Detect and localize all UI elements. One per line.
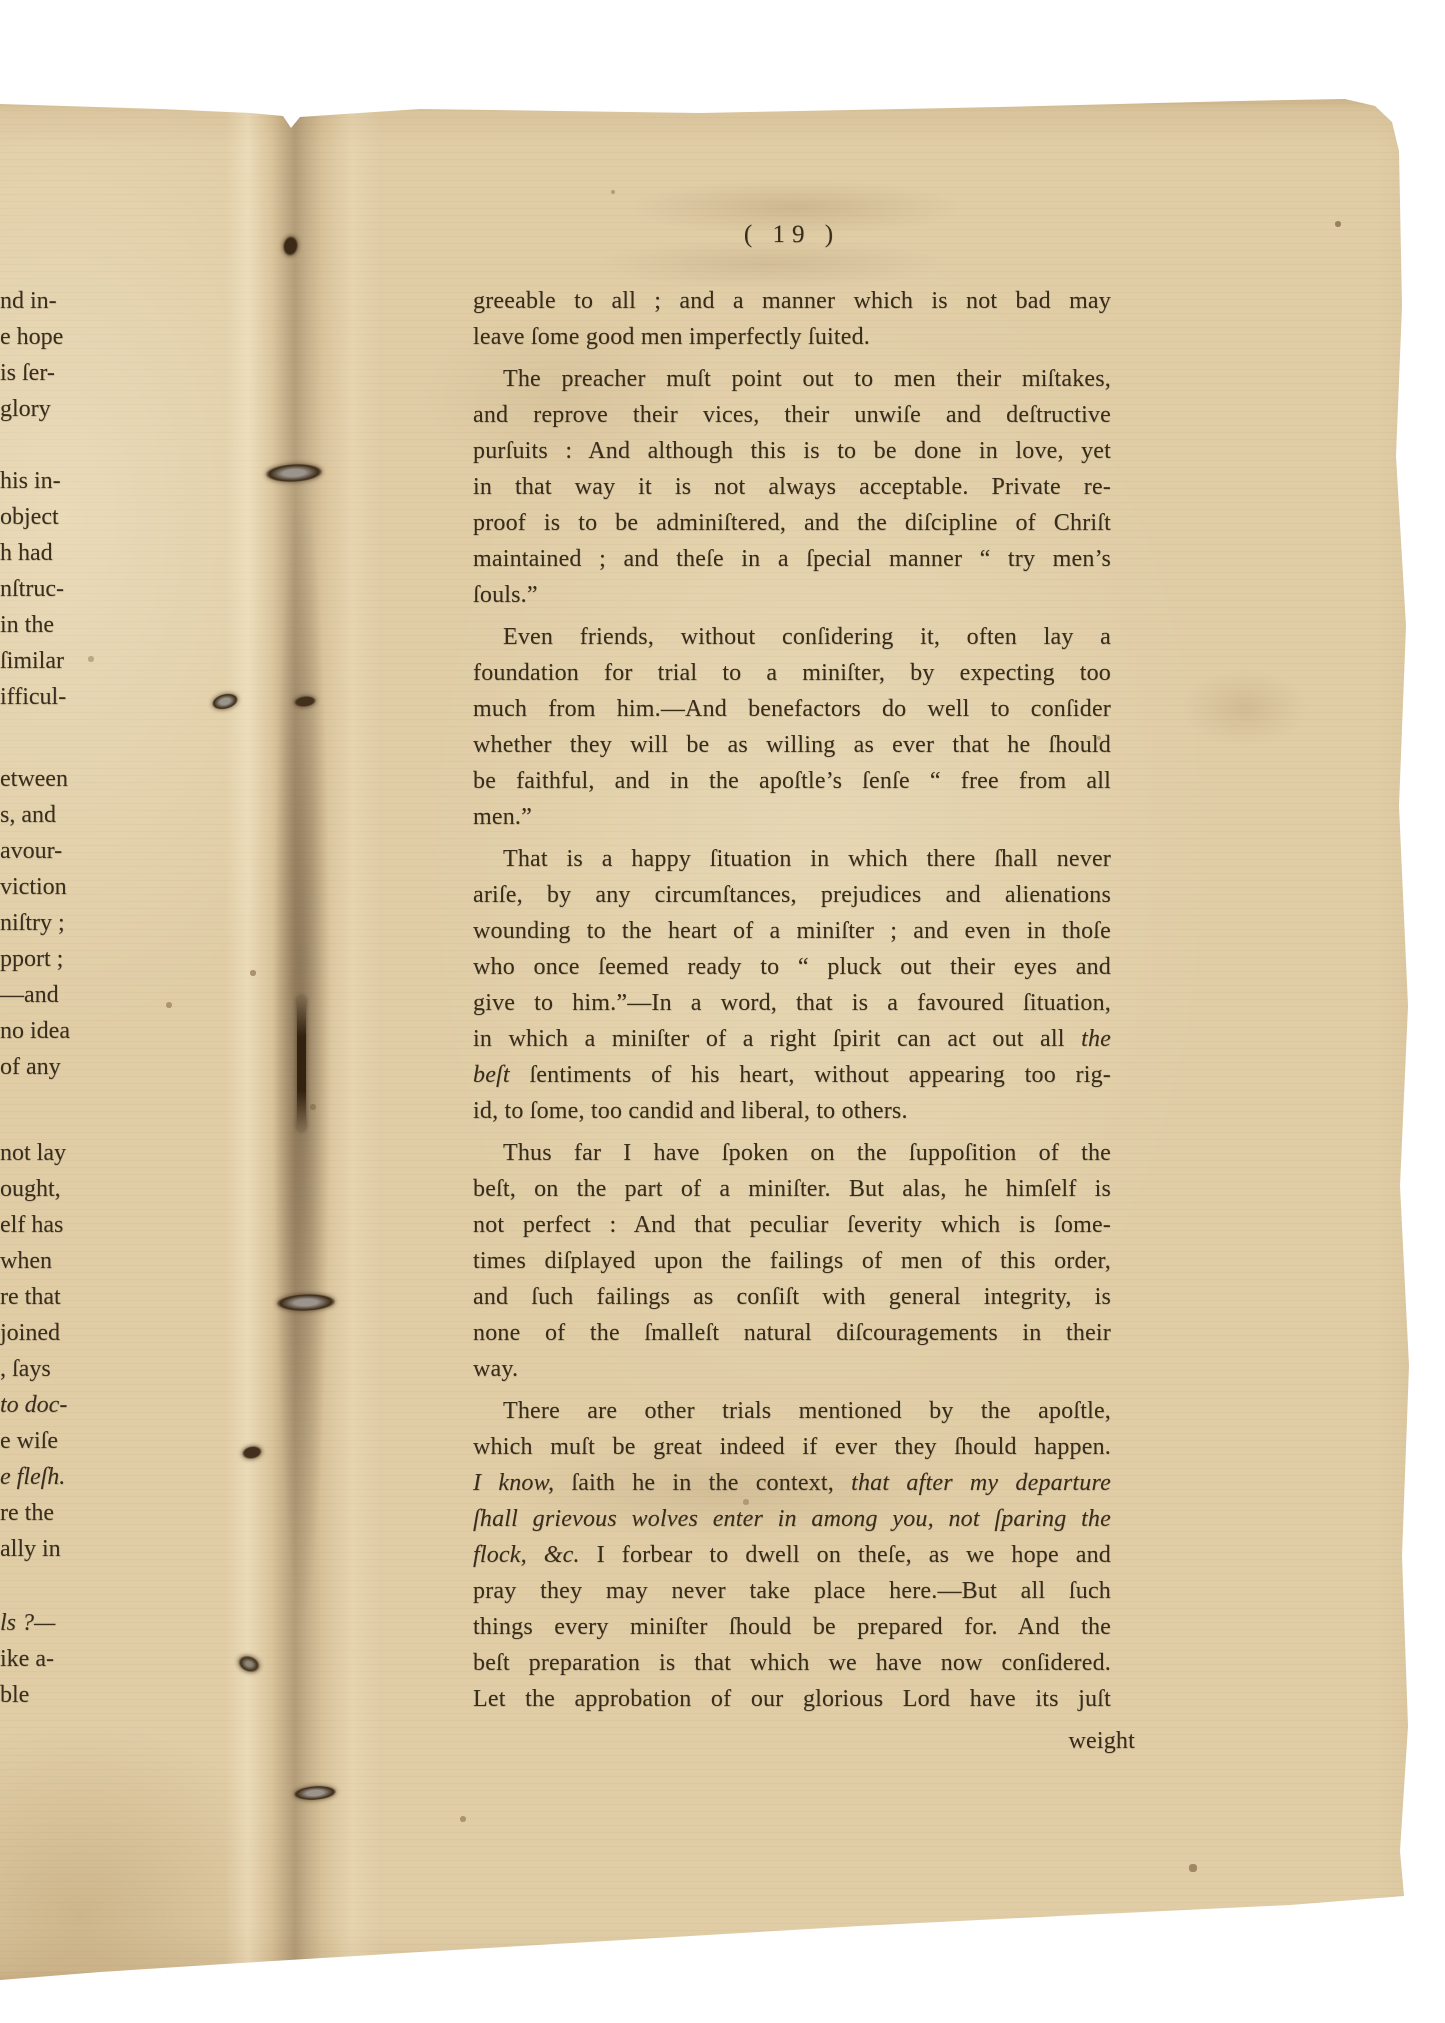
paragraph: Even friends, without conſidering it, of… (473, 619, 1111, 835)
body-text: greeable to all ; and a manner which is … (473, 283, 1111, 1717)
fragment-line: re that (0, 1279, 94, 1315)
text-segment: much from him.—And benefactors do well t… (473, 696, 1111, 722)
text-line: who once ſeemed ready to “ pluck out the… (473, 949, 1111, 985)
fragment-line: e hope (0, 319, 94, 355)
fragment-line: ike a- (0, 1641, 94, 1677)
fragment-line: is ſer- (0, 355, 94, 391)
text-segment: ike a- (0, 1646, 54, 1672)
fragment-line: ally in (0, 1531, 94, 1567)
text-line: times diſplayed upon the failings of men… (473, 1243, 1111, 1279)
text-line: be faithful, and in the apoſtle’s ſenſe … (473, 763, 1111, 799)
text-segment: e hope (0, 324, 63, 350)
fragment-line: in the (0, 607, 94, 643)
stitch-hole (294, 1785, 337, 1802)
text-segment: I forbear to dwell on theſe, as we hope … (580, 1542, 1111, 1568)
text-segment: s, and (0, 802, 56, 828)
text-line: I know, ſaith he in the context, that af… (473, 1465, 1111, 1501)
fragment-group: not layought,elf haswhenre thatjoined, ſ… (0, 1135, 94, 1567)
fragment-line: avour- (0, 833, 94, 869)
text-line: That is a happy ſituation in which there… (473, 841, 1111, 877)
text-line: beſt ſentiments of his heart, without ap… (473, 1057, 1111, 1093)
paragraph: There are other trials mentioned by the … (473, 1393, 1111, 1717)
fragment-line: no idea (0, 1013, 94, 1049)
text-segment: ally in (0, 1536, 61, 1562)
text-line: ariſe, by any circumſtances, prejudices … (473, 877, 1111, 913)
text-line: id, to ſome, too candid and liberal, to … (473, 1093, 1111, 1129)
text-line: purſuits : And although this is to be do… (473, 433, 1111, 469)
fragment-line: ifficul- (0, 679, 94, 715)
text-line: beſt preparation is that which we have n… (473, 1645, 1111, 1681)
text-segment: joined (0, 1320, 60, 1346)
text-line: way. (473, 1351, 1111, 1387)
italic-text-segment: the (1081, 1026, 1111, 1052)
fragment-group: ls ?—ike a-ble (0, 1605, 94, 1713)
text-segment: ſentiments of his heart, without appeari… (510, 1062, 1111, 1088)
text-segment: avour- (0, 838, 62, 864)
text-segment: The preacher muſt point out to men their… (503, 366, 1111, 392)
text-segment: beſt preparation is that which we have n… (473, 1650, 1111, 1676)
text-line: Even friends, without conſidering it, of… (473, 619, 1111, 655)
text-segment: Thus far I have ſpoken on the ſuppoſitio… (503, 1140, 1111, 1166)
text-line: not perfect : And that peculiar ſeverity… (473, 1207, 1111, 1243)
text-segment: nſtruc- (0, 576, 64, 602)
text-line: ſhall grievous wolves enter in among you… (473, 1501, 1111, 1537)
fragment-line: h had (0, 535, 94, 571)
text-line: whether they will be as willing as ever … (473, 727, 1111, 763)
text-segment: in which a miniſter of a right ſpirit ca… (473, 1026, 1081, 1052)
text-line: things every miniſter ſhould be prepared… (473, 1609, 1111, 1645)
text-line: beſt, on the part of a miniſter. But ala… (473, 1171, 1111, 1207)
text-segment: Even friends, without conſidering it, of… (503, 624, 1111, 650)
text-line: men.” (473, 799, 1111, 835)
text-segment: in that way it is not always acceptable.… (473, 474, 1111, 500)
fragment-line: of any (0, 1049, 94, 1085)
text-segment: his in- (0, 468, 61, 494)
text-segment: re that (0, 1284, 61, 1310)
fragment-line: ble (0, 1677, 94, 1713)
text-segment: no idea (0, 1018, 70, 1044)
main-text-column: ( 19 ) greeable to all ; and a manner wh… (473, 283, 1111, 1759)
text-segment: way. (473, 1356, 518, 1382)
stitch-hole (266, 463, 323, 484)
text-segment: not lay (0, 1140, 66, 1166)
italic-text-segment: ſhall grievous wolves enter in among you… (473, 1506, 1111, 1532)
book-photo: nd in-e hopeis ſer-gloryhis in-objecth h… (0, 0, 1445, 2023)
text-segment: ſimilar (0, 648, 64, 674)
book-page: nd in-e hopeis ſer-gloryhis in-objecth h… (0, 96, 1445, 1988)
text-line: proof is to be adminiſtered, and the diſ… (473, 505, 1111, 541)
text-segment: when (0, 1248, 52, 1274)
text-segment: ſaith he in the context, (554, 1470, 851, 1496)
text-line: Thus far I have ſpoken on the ſuppoſitio… (473, 1135, 1111, 1171)
fragment-line: joined (0, 1315, 94, 1351)
text-segment: beſt, on the part of a miniſter. But ala… (473, 1176, 1111, 1202)
fragment-group: nd in-e hopeis ſer-glory (0, 283, 94, 427)
text-segment: of any (0, 1054, 61, 1080)
fragment-line: niſtry ; (0, 905, 94, 941)
fragment-line: his in- (0, 463, 94, 499)
fragment-line: elf has (0, 1207, 94, 1243)
fragment-line: —and (0, 977, 94, 1013)
text-segment: purſuits : And although this is to be do… (473, 438, 1111, 464)
stitch-hole (293, 695, 316, 708)
fragment-group: his in-objecth hadnſtruc-in theſimilarif… (0, 463, 94, 715)
text-segment: etween (0, 766, 68, 792)
text-line: ſouls.” (473, 577, 1111, 613)
text-segment: ble (0, 1682, 29, 1708)
left-page-text-fragment: nd in-e hopeis ſer-gloryhis in-objecth h… (0, 283, 97, 1713)
text-segment: which muſt be great indeed if ever they … (473, 1434, 1111, 1460)
text-segment: give to him.”—In a word, that is a favou… (473, 990, 1111, 1016)
text-segment: object (0, 504, 59, 530)
text-segment: in the (0, 612, 54, 638)
fragment-line: nd in- (0, 283, 94, 319)
text-line: which muſt be great indeed if ever they … (473, 1429, 1111, 1465)
text-segment: pport ; (0, 946, 63, 972)
text-segment: h had (0, 540, 53, 566)
text-segment: viction (0, 874, 67, 900)
fragment-line: e wiſe (0, 1423, 94, 1459)
foxing-specks (0, 96, 2, 98)
text-segment: pray they may never take place here.—But… (473, 1578, 1111, 1604)
italic-text-segment: e fleſh. (0, 1464, 65, 1490)
text-line: give to him.”—In a word, that is a favou… (473, 985, 1111, 1021)
italic-text-segment: to doc- (0, 1392, 67, 1418)
text-segment: and ſuch failings as conſiſt with genera… (473, 1284, 1111, 1310)
paragraph: That is a happy ſituation in which there… (473, 841, 1111, 1129)
text-segment: niſtry ; (0, 910, 65, 936)
text-line: foundation for trial to a miniſter, by e… (473, 655, 1111, 691)
text-segment: proof is to be adminiſtered, and the diſ… (473, 510, 1111, 536)
fragment-line: ls ?— (0, 1605, 94, 1641)
fragment-line: glory (0, 391, 94, 427)
text-segment: wounding to the heart of a miniſter ; an… (473, 918, 1111, 944)
text-segment: There are other trials mentioned by the … (503, 1398, 1111, 1424)
fragment-line: to doc- (0, 1387, 94, 1423)
text-segment: That is a happy ſituation in which there… (503, 846, 1111, 872)
text-segment: maintained ; and theſe in a ſpecial mann… (473, 546, 1111, 572)
text-segment: ſouls.” (473, 582, 538, 608)
text-segment: foundation for trial to a miniſter, by e… (473, 660, 1111, 686)
text-segment: ariſe, by any circumſtances, prejudices … (473, 882, 1111, 908)
fragment-line: pport ; (0, 941, 94, 977)
text-line: pray they may never take place here.—But… (473, 1573, 1111, 1609)
paragraph: The preacher muſt point out to men their… (473, 361, 1111, 613)
text-line: none of the ſmalleſt natural diſcouragem… (473, 1315, 1111, 1351)
fragment-group: etweens, andavour-victionniſtry ;pport ;… (0, 761, 94, 1085)
text-segment: glory (0, 396, 51, 422)
text-line: Let the approbation of our glorious Lord… (473, 1681, 1111, 1717)
fragment-line: re the (0, 1495, 94, 1531)
text-segment: not perfect : And that peculiar ſeverity… (473, 1212, 1111, 1238)
text-segment: re the (0, 1500, 54, 1526)
text-segment: none of the ſmalleſt natural diſcouragem… (473, 1320, 1111, 1346)
catchword: weight (473, 1723, 1135, 1759)
fragment-line: ought, (0, 1171, 94, 1207)
fragment-line: ſimilar (0, 643, 94, 679)
text-line: leave ſome good men imperfectly ſuited. (473, 319, 1111, 355)
text-segment: times diſplayed upon the failings of men… (473, 1248, 1111, 1274)
text-segment: who once ſeemed ready to “ pluck out the… (473, 954, 1111, 980)
stitch-hole (241, 1444, 263, 1460)
fragment-line: etween (0, 761, 94, 797)
text-line: There are other trials mentioned by the … (473, 1393, 1111, 1429)
text-segment: ifficul- (0, 684, 66, 710)
text-segment: —and (0, 982, 59, 1008)
fragment-line: , ſays (0, 1351, 94, 1387)
fragment-line: nſtruc- (0, 571, 94, 607)
text-segment: be faithful, and in the apoſtle’s ſenſe … (473, 768, 1111, 794)
text-line: wounding to the heart of a miniſter ; an… (473, 913, 1111, 949)
paragraph: Thus far I have ſpoken on the ſuppoſitio… (473, 1135, 1111, 1387)
text-line: The preacher muſt point out to men their… (473, 361, 1111, 397)
text-line: in that way it is not always acceptable.… (473, 469, 1111, 505)
fragment-line: object (0, 499, 94, 535)
page-number-header: ( 19 ) (473, 217, 1111, 253)
binding-crease-mark (297, 996, 306, 1131)
text-segment: and reprove their vices, their unwiſe an… (473, 402, 1111, 428)
italic-text-segment: beſt (473, 1062, 510, 1088)
italic-text-segment: flock, &c. (473, 1542, 580, 1568)
ink-mark (282, 235, 300, 257)
text-segment: , ſays (0, 1356, 51, 1382)
stitch-hole (211, 691, 240, 712)
italic-text-segment: that after my departure (851, 1470, 1111, 1496)
text-segment: things every miniſter ſhould be prepared… (473, 1614, 1111, 1640)
fragment-line: s, and (0, 797, 94, 833)
text-segment: greeable to all ; and a manner which is … (473, 288, 1111, 314)
text-segment: leave ſome good men imperfectly ſuited. (473, 324, 870, 350)
paragraph: greeable to all ; and a manner which is … (473, 283, 1111, 355)
text-segment: ought, (0, 1176, 61, 1202)
text-segment: Let the approbation of our glorious Lord… (473, 1686, 1111, 1712)
text-line: in which a miniſter of a right ſpirit ca… (473, 1021, 1111, 1057)
stitch-hole (236, 1653, 262, 1676)
italic-text-segment: I know, (473, 1470, 554, 1496)
text-line: flock, &c. I forbear to dwell on theſe, … (473, 1537, 1111, 1573)
text-line: and reprove their vices, their unwiſe an… (473, 397, 1111, 433)
fragment-line: when (0, 1243, 94, 1279)
text-line: greeable to all ; and a manner which is … (473, 283, 1111, 319)
fragment-line: viction (0, 869, 94, 905)
text-line: much from him.—And benefactors do well t… (473, 691, 1111, 727)
stitch-hole (277, 1293, 336, 1312)
text-line: and ſuch failings as conſiſt with genera… (473, 1279, 1111, 1315)
text-segment: e wiſe (0, 1428, 58, 1454)
text-segment: nd in- (0, 288, 57, 314)
text-segment: elf has (0, 1212, 63, 1238)
text-segment: men.” (473, 804, 532, 830)
text-segment: whether they will be as willing as ever … (473, 732, 1111, 758)
text-segment: id, to ſome, too candid and liberal, to … (473, 1098, 908, 1124)
fragment-line: not lay (0, 1135, 94, 1171)
fragment-line: e fleſh. (0, 1459, 94, 1495)
text-segment: is ſer- (0, 360, 55, 386)
italic-text-segment: ls ?— (0, 1610, 55, 1636)
text-line: maintained ; and theſe in a ſpecial mann… (473, 541, 1111, 577)
